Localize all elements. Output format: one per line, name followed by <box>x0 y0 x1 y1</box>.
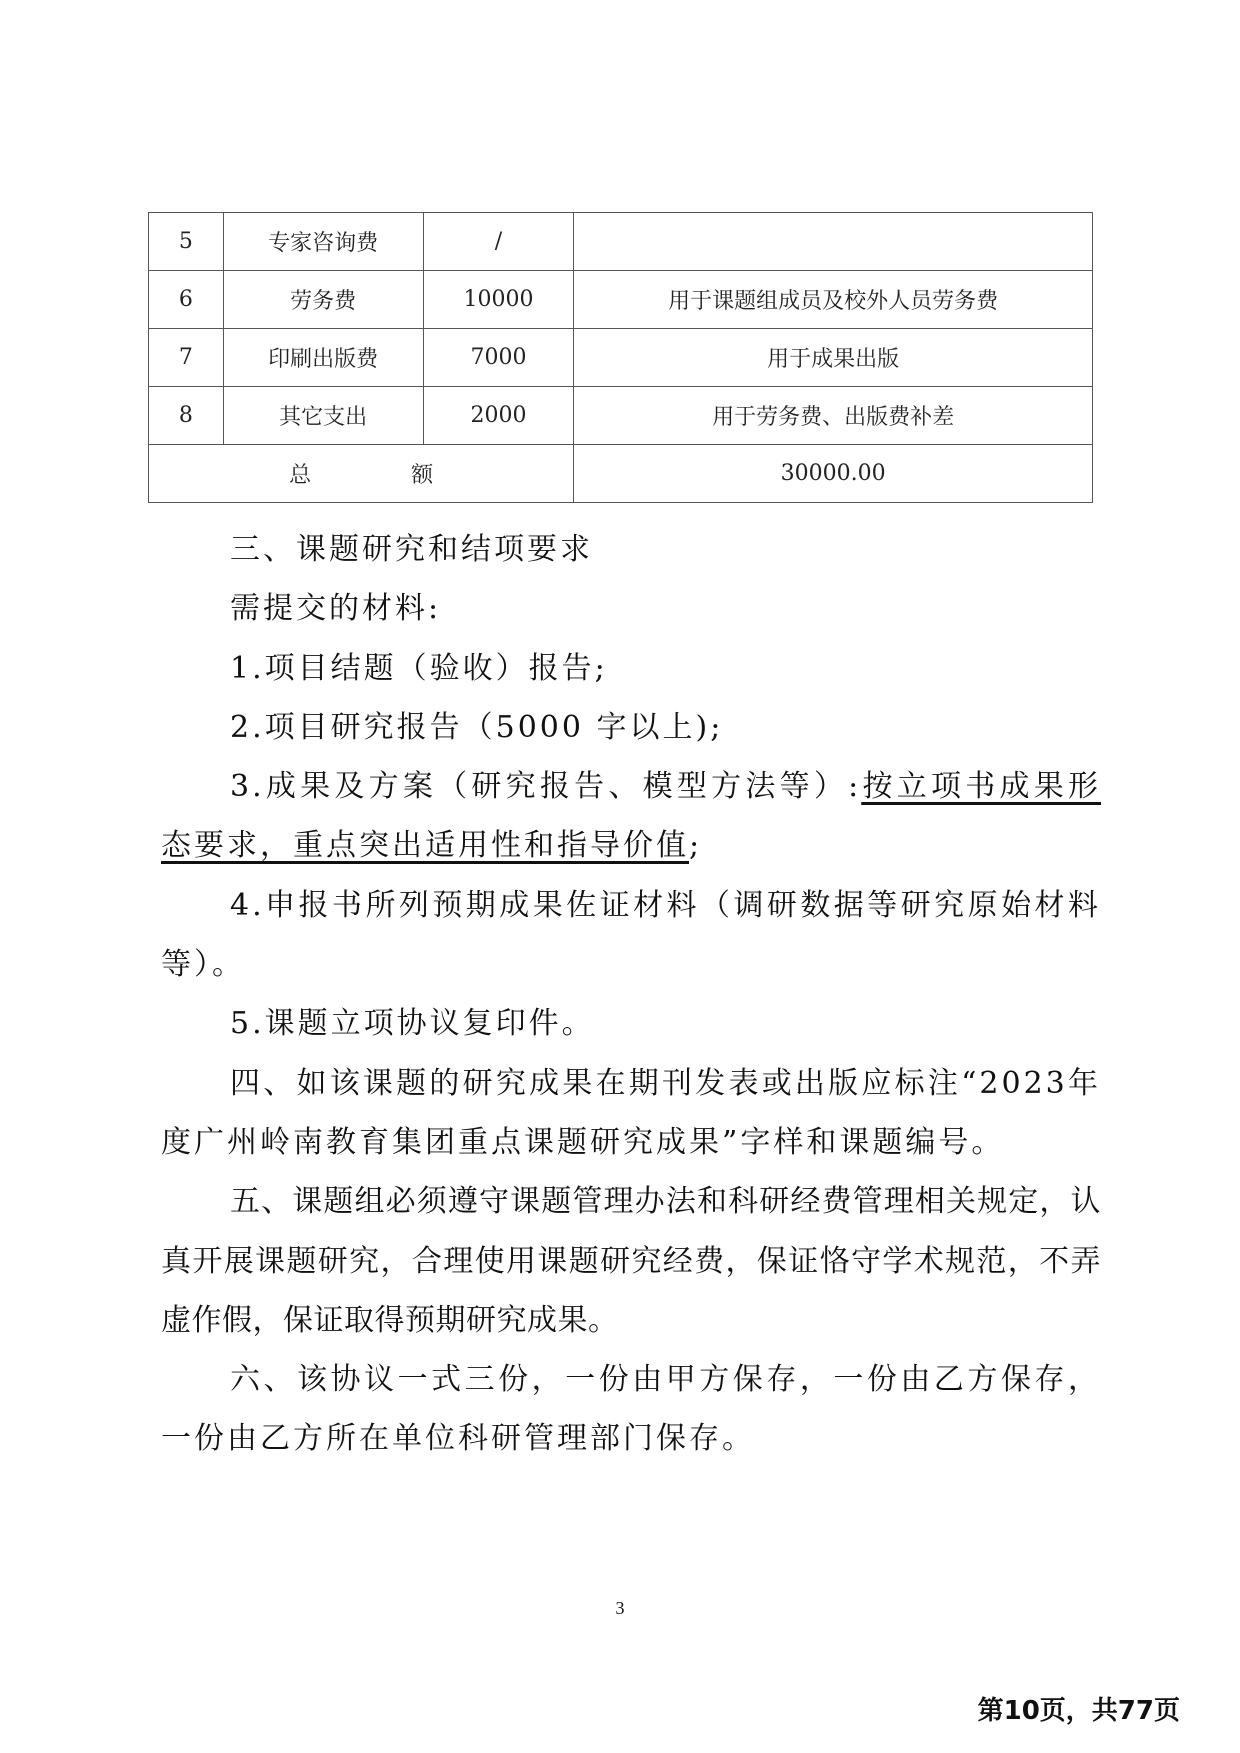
row-number: 6 <box>149 271 224 329</box>
row-number: 8 <box>149 387 224 445</box>
total-row: 总额 30000.00 <box>149 445 1093 503</box>
section-6-paragraph: 六、该协议一式三份，一份由甲方保存，一份由乙方保存，一份由乙方所在单位科研管理部… <box>161 1350 1101 1469</box>
section-4-paragraph: 四、如该课题的研究成果在期刊发表或出版应标注“2023年度广州岭南教育集团重点课… <box>161 1054 1101 1173</box>
row-number: 7 <box>149 329 224 387</box>
expense-item: 印刷出版费 <box>223 329 423 387</box>
section-heading-3: 三、课题研究和结项要求 <box>161 520 1101 579</box>
expense-note: 用于课题组成员及校外人员劳务费 <box>574 271 1093 329</box>
expense-amount: 2000 <box>423 387 574 445</box>
table-row: 6 劳务费 10000 用于课题组成员及校外人员劳务费 <box>149 271 1093 329</box>
total-label-char-1: 总 <box>289 458 311 489</box>
expense-item: 专家咨询费 <box>223 213 423 271</box>
expense-amount: 7000 <box>423 329 574 387</box>
budget-table: 5 专家咨询费 / 6 劳务费 10000 用于课题组成员及校外人员劳务费 7 … <box>148 212 1093 503</box>
expense-note: 用于劳务费、出版费补差 <box>574 387 1093 445</box>
expense-note: 用于成果出版 <box>574 329 1093 387</box>
material-item-1: 1.项目结题（验收）报告; <box>161 639 1101 698</box>
expense-item: 劳务费 <box>223 271 423 329</box>
page-number: 3 <box>0 1598 1240 1619</box>
material-item-3: 3.成果及方案（研究报告、模型方法等）:按立项书成果形态要求，重点突出适用性和指… <box>161 757 1101 876</box>
document-body: 三、课题研究和结项要求 需提交的材料: 1.项目结题（验收）报告; 2.项目研究… <box>161 520 1101 1469</box>
expense-amount: / <box>423 213 574 271</box>
page-counter: 第10页，共77页 <box>978 1690 1180 1727</box>
total-value: 30000.00 <box>574 445 1093 503</box>
table-row: 8 其它支出 2000 用于劳务费、出版费补差 <box>149 387 1093 445</box>
total-label: 总额 <box>149 445 574 503</box>
material-item-3-text: 3.成果及方案（研究报告、模型方法等）: <box>230 769 861 804</box>
expense-note <box>574 213 1093 271</box>
row-number: 5 <box>149 213 224 271</box>
expense-amount: 10000 <box>423 271 574 329</box>
section-5-paragraph: 五、课题组必须遵守课题管理办法和科研经费管理相关规定，认真开展课题研究，合理使用… <box>161 1172 1101 1350</box>
material-item-2: 2.项目研究报告（5000 字以上); <box>161 698 1101 757</box>
table-row: 5 专家咨询费 / <box>149 213 1093 271</box>
material-item-5: 5.课题立项协议复印件。 <box>161 994 1101 1053</box>
expense-item: 其它支出 <box>223 387 423 445</box>
material-item-3-tail: ; <box>689 828 702 863</box>
table-row: 7 印刷出版费 7000 用于成果出版 <box>149 329 1093 387</box>
material-item-4: 4.申报书所列预期成果佐证材料（调研数据等研究原始材料等）。 <box>161 876 1101 995</box>
total-label-char-2: 额 <box>411 458 433 489</box>
materials-intro: 需提交的材料: <box>161 579 1101 638</box>
